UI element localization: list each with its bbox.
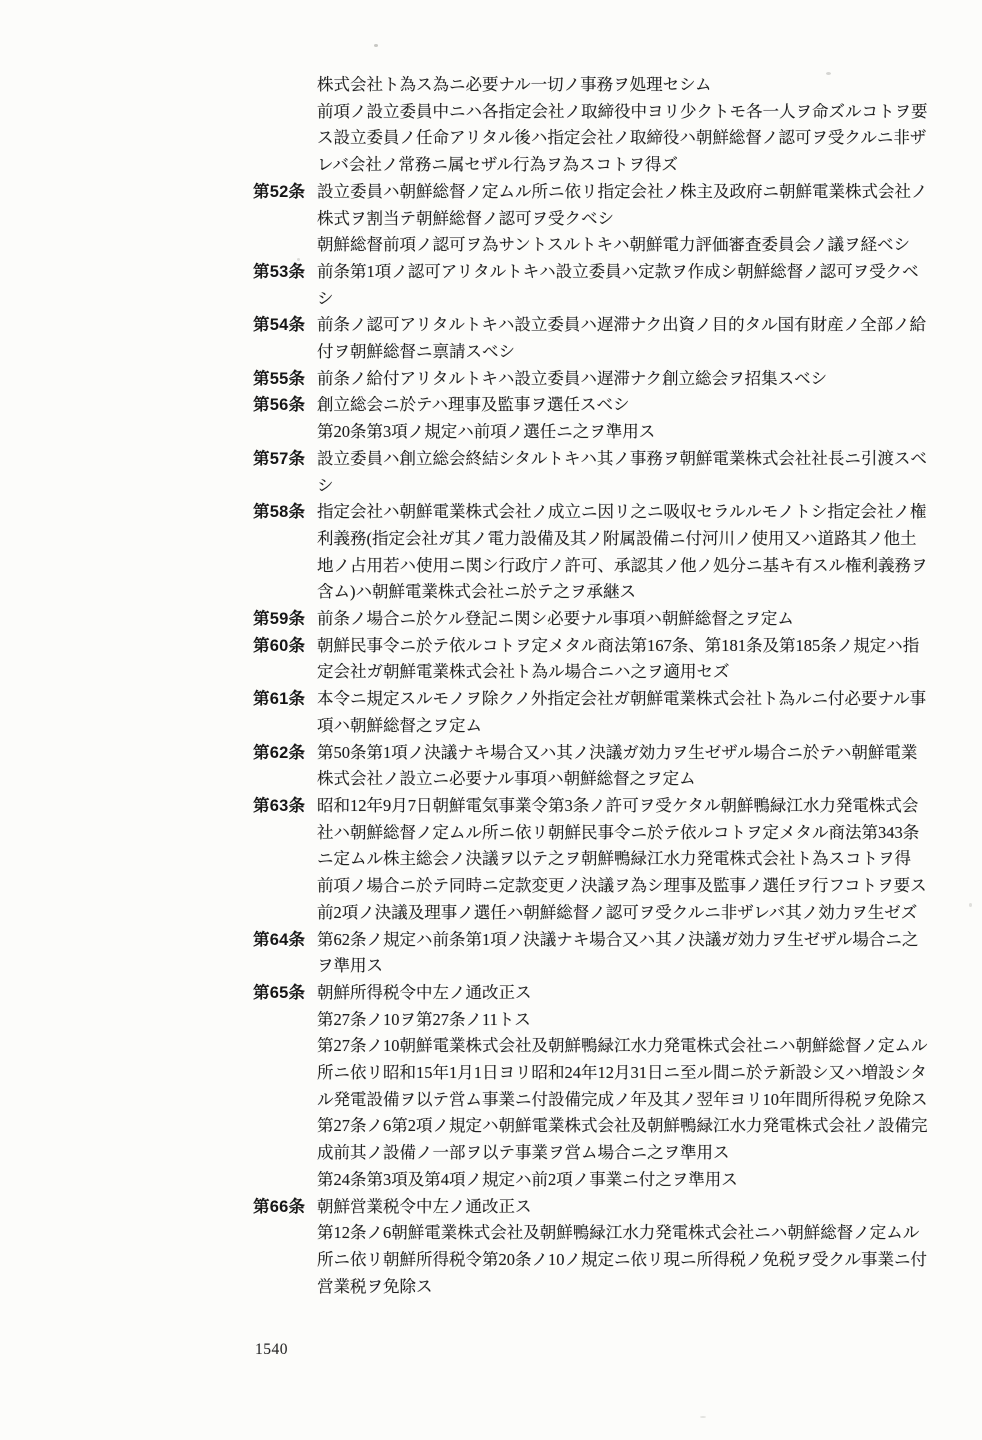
article-row: 第65条 朝鮮所得税令中左ノ通改正ス第27条ノ10ヲ第27条ノ11トス第27条ノ… <box>253 980 928 1194</box>
text-line: 利義務(指定会社ガ其ノ電力設備及其ノ附属設備ニ付河川ノ使用又ハ道路其ノ他土 <box>317 526 928 553</box>
text-line: 所ニ依リ朝鮮所得税令第20条ノ10ノ規定ニ依リ現ニ所得税ノ免税ヲ受クル事業ニ付 <box>317 1247 927 1274</box>
article-body: 本令ニ規定スルモノヲ除クノ外指定会社ガ朝鮮電業株式会社ト為ルニ付必要ナル事項ハ朝… <box>317 686 926 739</box>
article-body: 昭和12年9月7日朝鮮電気事業令第3条ノ許可ヲ受ケタル朝鮮鴨緑江水力発電株式会社… <box>317 793 927 927</box>
article-body: 第62条ノ規定ハ前条第1項ノ決議ナキ場合又ハ其ノ決議ガ効力ヲ生ゼザル場合ニ之ヲ準… <box>317 927 918 980</box>
article-row: 第55条 前条ノ給付アリタルトキハ設立委員ハ遅滞ナク創立総会ヲ招集スベシ <box>253 366 928 393</box>
article-body: 前条ノ場合ニ於ケル登記ニ関シ必要ナル事項ハ朝鮮総督之ヲ定ム <box>317 606 794 633</box>
text-line: 指定会社ハ朝鮮電業株式会社ノ成立ニ因リ之ニ吸収セラルルモノトシ指定会社ノ権 <box>317 499 928 526</box>
article-number: 第62条 <box>253 740 317 767</box>
scan-speck <box>297 258 300 261</box>
scan-speck <box>969 903 972 907</box>
text-line: 株式ヲ割当テ朝鮮総督ノ認可ヲ受クベシ <box>317 206 928 233</box>
text-line: レバ会社ノ常務ニ属セザル行為ヲ為スコトヲ得ズ <box>317 152 928 179</box>
article-row: 第54条 前条ノ認可アリタルトキハ設立委員ハ遅滞ナク出資ノ目的タル国有財産ノ全部… <box>253 312 928 365</box>
article-body: 朝鮮所得税令中左ノ通改正ス第27条ノ10ヲ第27条ノ11トス第27条ノ10朝鮮電… <box>317 980 928 1194</box>
text-line: シ <box>317 286 919 313</box>
article-row: 株式会社ト為ス為ニ必要ナル一切ノ事務ヲ処理セシム前項ノ設立委員中ニハ各指定会社ノ… <box>253 72 928 179</box>
text-line: 付ヲ朝鮮総督ニ禀請スベシ <box>317 339 926 366</box>
article-body: 前条ノ認可アリタルトキハ設立委員ハ遅滞ナク出資ノ目的タル国有財産ノ全部ノ給付ヲ朝… <box>317 312 926 365</box>
text-line: 社ハ朝鮮総督ノ定ムル所ニ依リ朝鮮民事令ニ於テ依ルコトヲ定メタル商法第343条 <box>317 820 927 847</box>
text-line: 含ム)ハ朝鮮電業株式会社ニ於テ之ヲ承継ス <box>317 579 928 606</box>
article-number: 第54条 <box>253 312 317 339</box>
article-number: 第61条 <box>253 686 317 713</box>
article-row: 第53条 前条第1項ノ認可アリタルトキハ設立委員ハ定款ヲ作成シ朝鮮総督ノ認可ヲ受… <box>253 259 928 312</box>
text-line: 第20条第3項ノ規定ハ前項ノ選任ニ之ヲ準用ス <box>317 419 655 446</box>
article-number: 第59条 <box>253 606 317 633</box>
article-body: 創立総会ニ於テハ理事及監事ヲ選任スベシ第20条第3項ノ規定ハ前項ノ選任ニ之ヲ準用… <box>317 392 655 445</box>
article-body: 第50条第1項ノ決議ナキ場合又ハ其ノ決議ガ効力ヲ生ゼザル場合ニ於テハ朝鮮電業株式… <box>317 740 917 793</box>
article-number: 第63条 <box>253 793 317 820</box>
scan-speck <box>700 1416 706 1418</box>
text-line: 前条ノ場合ニ於ケル登記ニ関シ必要ナル事項ハ朝鮮総督之ヲ定ム <box>317 606 794 633</box>
text-line: 朝鮮営業税令中左ノ通改正ス <box>317 1194 927 1221</box>
text-line: 株式会社ノ設立ニ必要ナル事項ハ朝鮮総督之ヲ定ム <box>317 766 917 793</box>
article-number: 第56条 <box>253 392 317 419</box>
article-body: 朝鮮営業税令中左ノ通改正ス第12条ノ6朝鮮電業株式会社及朝鮮鴨緑江水力発電株式会… <box>317 1194 927 1301</box>
article-body: 株式会社ト為ス為ニ必要ナル一切ノ事務ヲ処理セシム前項ノ設立委員中ニハ各指定会社ノ… <box>317 72 928 179</box>
text-line: 朝鮮総督前項ノ認可ヲ為サントスルトキハ朝鮮電力評価審査委員会ノ議ヲ経ベシ <box>317 232 928 259</box>
text-line: ヲ準用ス <box>317 953 918 980</box>
text-line: ス設立委員ノ任命アリタル後ハ指定会社ノ取締役ハ朝鮮総督ノ認可ヲ受クルニ非ザ <box>317 125 928 152</box>
article-number: 第65条 <box>253 980 317 1007</box>
article-row: 第62条 第50条第1項ノ決議ナキ場合又ハ其ノ決議ガ効力ヲ生ゼザル場合ニ於テハ朝… <box>253 740 928 793</box>
article-number: 第58条 <box>253 499 317 526</box>
text-line: 第50条第1項ノ決議ナキ場合又ハ其ノ決議ガ効力ヲ生ゼザル場合ニ於テハ朝鮮電業 <box>317 740 917 767</box>
article-body: 朝鮮民事令ニ於テ依ルコトヲ定メタル商法第167条、第181条及第185条ノ規定ハ… <box>317 633 919 686</box>
text-line: 項ハ朝鮮総督之ヲ定ム <box>317 713 926 740</box>
article-row: 第61条 本令ニ規定スルモノヲ除クノ外指定会社ガ朝鮮電業株式会社ト為ルニ付必要ナ… <box>253 686 928 739</box>
text-line: 朝鮮所得税令中左ノ通改正ス <box>317 980 928 1007</box>
article-number: 第66条 <box>253 1194 317 1221</box>
text-line: 昭和12年9月7日朝鮮電気事業令第3条ノ許可ヲ受ケタル朝鮮鴨緑江水力発電株式会 <box>317 793 927 820</box>
text-line: 前項ノ場合ニ於テ同時ニ定款変更ノ決議ヲ為シ理事及監事ノ選任ヲ行フコトヲ要ス <box>317 873 927 900</box>
scan-speck <box>826 72 831 75</box>
text-line: 地ノ占用若ハ使用ニ関シ行政庁ノ許可、承認其ノ他ノ処分ニ基キ有スル権利義務ヲ <box>317 553 928 580</box>
text-line: 前条ノ認可アリタルトキハ設立委員ハ遅滞ナク出資ノ目的タル国有財産ノ全部ノ給 <box>317 312 926 339</box>
page-number: 1540 <box>255 1341 288 1359</box>
article-row: 第64条 第62条ノ規定ハ前条第1項ノ決議ナキ場合又ハ其ノ決議ガ効力ヲ生ゼザル場… <box>253 927 928 980</box>
text-line: 創立総会ニ於テハ理事及監事ヲ選任スベシ <box>317 392 655 419</box>
text-line: 設立委員ハ創立総会終結シタルトキハ其ノ事務ヲ朝鮮電業株式会社社長ニ引渡スベ <box>317 446 927 473</box>
article-row: 第63条 昭和12年9月7日朝鮮電気事業令第3条ノ許可ヲ受ケタル朝鮮鴨緑江水力発… <box>253 793 928 927</box>
text-line: 設立委員ハ朝鮮総督ノ定ムル所ニ依リ指定会社ノ株主及政府ニ朝鮮電業株式会社ノ <box>317 179 928 206</box>
article-body: 前条第1項ノ認可アリタルトキハ設立委員ハ定款ヲ作成シ朝鮮総督ノ認可ヲ受クベシ <box>317 259 919 312</box>
text-line: 朝鮮民事令ニ於テ依ルコトヲ定メタル商法第167条、第181条及第185条ノ規定ハ… <box>317 633 919 660</box>
law-text-block: 株式会社ト為ス為ニ必要ナル一切ノ事務ヲ処理セシム前項ノ設立委員中ニハ各指定会社ノ… <box>253 72 928 1300</box>
text-line: ル発電設備ヲ以テ営ム事業ニ付設備完成ノ年及其ノ翌年ヨリ10年間所得税ヲ免除ス <box>317 1087 928 1114</box>
text-line: 前項ノ設立委員中ニハ各指定会社ノ取締役中ヨリ少クトモ各一人ヲ命ズルコトヲ要 <box>317 99 928 126</box>
scan-speck <box>374 44 378 47</box>
article-row: 第56条 創立総会ニ於テハ理事及監事ヲ選任スベシ第20条第3項ノ規定ハ前項ノ選任… <box>253 392 928 445</box>
text-line: 前2項ノ決議及理事ノ選任ハ朝鮮総督ノ認可ヲ受クルニ非ザレバ其ノ効力ヲ生ゼズ <box>317 900 927 927</box>
article-row: 第52条 設立委員ハ朝鮮総督ノ定ムル所ニ依リ指定会社ノ株主及政府ニ朝鮮電業株式会… <box>253 179 928 259</box>
article-number: 第52条 <box>253 179 317 206</box>
article-body: 指定会社ハ朝鮮電業株式会社ノ成立ニ因リ之ニ吸収セラルルモノトシ指定会社ノ権利義務… <box>317 499 928 606</box>
text-line: 所ニ依リ昭和15年1月1日ヨリ昭和24年12月31日ニ至ル間ニ於テ新設シ又ハ増設… <box>317 1060 928 1087</box>
article-row: 第57条 設立委員ハ創立総会終結シタルトキハ其ノ事務ヲ朝鮮電業株式会社社長ニ引渡… <box>253 446 928 499</box>
article-number: 第55条 <box>253 366 317 393</box>
article-row: 第58条 指定会社ハ朝鮮電業株式会社ノ成立ニ因リ之ニ吸収セラルルモノトシ指定会社… <box>253 499 928 606</box>
article-number: 第53条 <box>253 259 317 286</box>
text-line: シ <box>317 473 927 500</box>
text-line: 第27条ノ6第2項ノ規定ハ朝鮮電業株式会社及朝鮮鴨緑江水力発電株式会社ノ設備完 <box>317 1113 928 1140</box>
text-line: 第27条ノ10ヲ第27条ノ11トス <box>317 1007 928 1034</box>
article-body: 前条ノ給付アリタルトキハ設立委員ハ遅滞ナク創立総会ヲ招集スベシ <box>317 366 827 393</box>
text-line: 第24条第3項及第4項ノ規定ハ前2項ノ事業ニ付之ヲ準用ス <box>317 1167 928 1194</box>
text-line: 前条ノ給付アリタルトキハ設立委員ハ遅滞ナク創立総会ヲ招集スベシ <box>317 366 827 393</box>
text-line: 営業税ヲ免除ス <box>317 1274 927 1301</box>
text-line: 成前其ノ設備ノ一部ヲ以テ事業ヲ営ム場合ニ之ヲ準用ス <box>317 1140 928 1167</box>
article-number: 第60条 <box>253 633 317 660</box>
text-line: 定会社ガ朝鮮電業株式会社ト為ル場合ニハ之ヲ適用セズ <box>317 659 919 686</box>
article-row: 第60条 朝鮮民事令ニ於テ依ルコトヲ定メタル商法第167条、第181条及第185… <box>253 633 928 686</box>
article-body: 設立委員ハ創立総会終結シタルトキハ其ノ事務ヲ朝鮮電業株式会社社長ニ引渡スベシ <box>317 446 927 499</box>
article-number: 第64条 <box>253 927 317 954</box>
text-line: 株式会社ト為ス為ニ必要ナル一切ノ事務ヲ処理セシム <box>317 72 928 99</box>
article-row: 第59条 前条ノ場合ニ於ケル登記ニ関シ必要ナル事項ハ朝鮮総督之ヲ定ム <box>253 606 928 633</box>
text-line: 第12条ノ6朝鮮電業株式会社及朝鮮鴨緑江水力発電株式会社ニハ朝鮮総督ノ定ムル <box>317 1220 927 1247</box>
article-row: 第66条 朝鮮営業税令中左ノ通改正ス第12条ノ6朝鮮電業株式会社及朝鮮鴨緑江水力… <box>253 1194 928 1301</box>
text-line: 第62条ノ規定ハ前条第1項ノ決議ナキ場合又ハ其ノ決議ガ効力ヲ生ゼザル場合ニ之 <box>317 927 918 954</box>
text-line: 第27条ノ10朝鮮電業株式会社及朝鮮鴨緑江水力発電株式会社ニハ朝鮮総督ノ定ムル <box>317 1033 928 1060</box>
document-page: 株式会社ト為ス為ニ必要ナル一切ノ事務ヲ処理セシム前項ノ設立委員中ニハ各指定会社ノ… <box>0 0 982 1440</box>
article-number: 第57条 <box>253 446 317 473</box>
text-line: ニ定ムル株主総会ノ決議ヲ以テ之ヲ朝鮮鴨緑江水力発電株式会社ト為スコトヲ得 <box>317 846 927 873</box>
article-body: 設立委員ハ朝鮮総督ノ定ムル所ニ依リ指定会社ノ株主及政府ニ朝鮮電業株式会社ノ株式ヲ… <box>317 179 928 259</box>
text-line: 前条第1項ノ認可アリタルトキハ設立委員ハ定款ヲ作成シ朝鮮総督ノ認可ヲ受クベ <box>317 259 919 286</box>
text-line: 本令ニ規定スルモノヲ除クノ外指定会社ガ朝鮮電業株式会社ト為ルニ付必要ナル事 <box>317 686 926 713</box>
